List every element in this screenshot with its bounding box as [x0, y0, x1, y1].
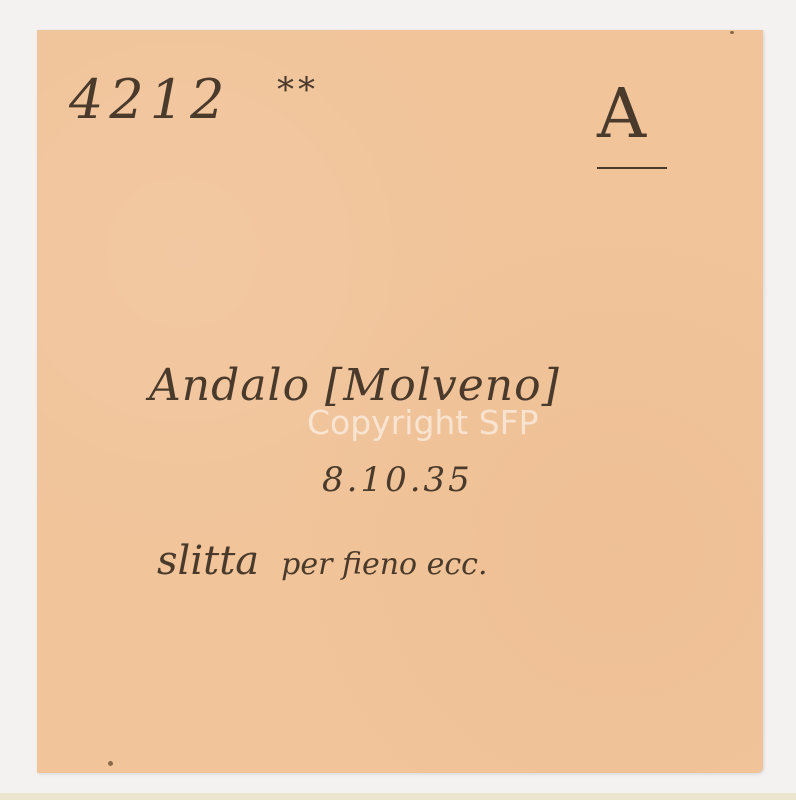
letter-underline [597, 167, 667, 169]
star-marks: ** [277, 70, 319, 110]
bottom-strip [0, 793, 796, 800]
catalog-number: 4212 [69, 68, 230, 131]
copyright-watermark: Copyright SFP [307, 403, 539, 442]
description-main: slitta [157, 538, 259, 584]
date: 8.10.35 [322, 460, 473, 500]
description: slittaper fieno ecc. [157, 538, 488, 584]
description-rest: per fieno ecc. [281, 547, 487, 582]
category-letter: A [597, 75, 646, 154]
catalog-card: 4212 ** A Andalo [Molveno] 8.10.35 slitt… [37, 30, 763, 773]
ink-spot [108, 761, 113, 766]
ink-spot [730, 31, 734, 34]
